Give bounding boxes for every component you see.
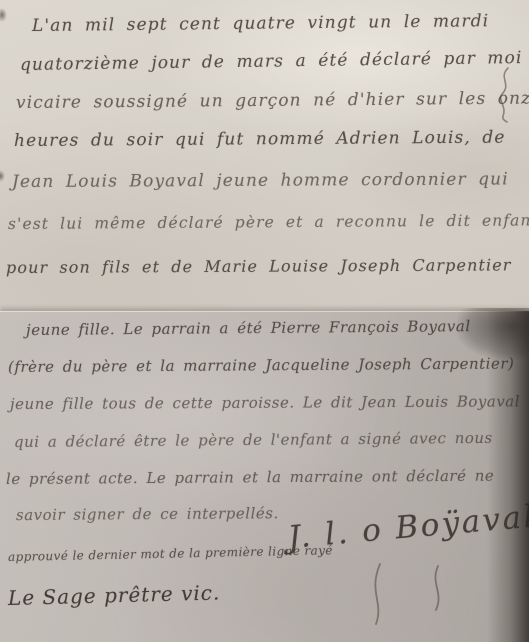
document-scan: L'an mil sept cent quatre vingt un le ma… <box>0 0 529 642</box>
handwritten-line: qui a déclaré être le père de l'enfant a… <box>14 429 493 451</box>
priest-signature: Le Sage prêtre vic. <box>8 580 221 610</box>
handwritten-line: (frère du père et la marraine Jacqueline… <box>8 354 514 376</box>
signature-flourish <box>340 562 460 632</box>
manuscript-page-top: L'an mil sept cent quatre vingt un le ma… <box>0 0 529 311</box>
handwritten-line: quatorzième jour de mars a été déclaré p… <box>20 48 523 75</box>
manuscript-page-bottom: jeune fille. Le parrain a été Pierre Fra… <box>0 311 529 642</box>
handwritten-line: jeune fille. Le parrain a été Pierre Fra… <box>26 317 471 339</box>
handwritten-line: s'est lui même déclaré père et a reconnu… <box>8 211 529 233</box>
handwritten-line: jeune fille tous de cette paroisse. Le d… <box>10 392 520 413</box>
marginal-note: approuvé le dernier mot de la première l… <box>8 543 333 564</box>
handwritten-line: le présent acte. Le parrain et la marrai… <box>6 467 494 488</box>
handwritten-line: heures du soir qui fut nommé Adrien Loui… <box>14 128 506 151</box>
handwritten-line: pour son fils et de Marie Louise Joseph … <box>6 255 512 277</box>
handwritten-line: vicaire soussigné un garçon né d'hier su… <box>16 88 529 113</box>
handwritten-line: L'an mil sept cent quatre vingt un le ma… <box>32 11 489 36</box>
handwritten-line: savoir signer de ce interpellés. <box>16 504 279 524</box>
father-signature: J. l. o Boÿaval <box>286 498 529 556</box>
edge-ink-speck <box>0 170 5 182</box>
edge-ink-speck <box>0 8 7 22</box>
handwritten-line: Jean Louis Boyaval jeune homme cordonnie… <box>12 169 509 192</box>
